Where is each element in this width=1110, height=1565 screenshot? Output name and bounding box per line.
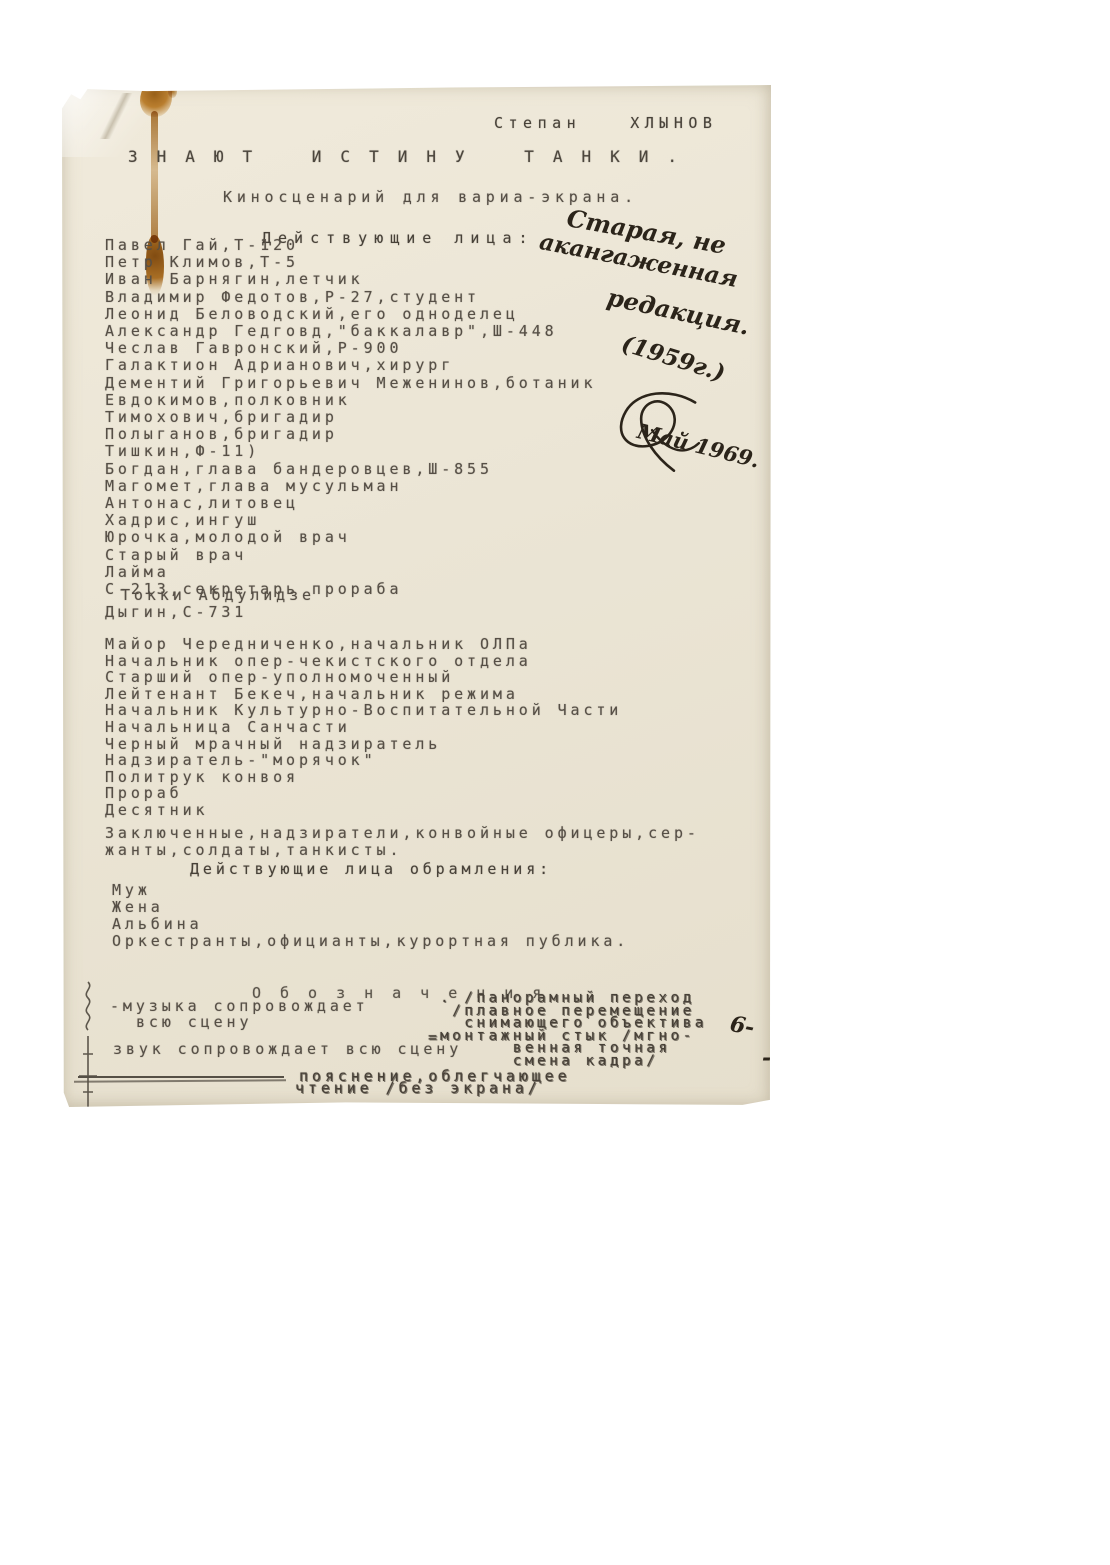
margin-tick: - [762, 1045, 771, 1071]
cast-line: Юрочка,молодой врач [105, 529, 596, 546]
cast-line: Альбина [112, 916, 629, 933]
handwritten-note-year: (1959г.) [618, 330, 728, 387]
cast-line: Чеслав Гавронский,Р-900 [105, 340, 596, 357]
cast-line: Евдокимов,полковник [105, 392, 596, 409]
cast-line: Павел Гай,Т-120 [105, 237, 596, 254]
cast-line: Старый врач [105, 547, 596, 564]
legend-right-block: . /панорамный переход /плавное перемещен… [440, 992, 707, 1068]
page-title: ЗНАЮТ ИСТИНУ ТАНКИ. [128, 148, 696, 165]
cast-line: Лейтенант Бекеч,начальник режима [105, 686, 622, 703]
legend-line: смена кадра/ [440, 1055, 707, 1068]
margin-symbols-icon [74, 978, 102, 1160]
cast-line: Начальница Санчасти [105, 719, 622, 736]
cast-line: Александр Гедговд,"баккалавр",Ш-448 [105, 323, 596, 340]
frame-cast-header: Действующие лица обрамления: [190, 861, 552, 878]
cast-line: Полыганов,бригадир [105, 426, 596, 443]
cast-line: Леонид Беловодский,его одноделец [105, 306, 596, 323]
cast-list-main: Павел Гай,Т-120Петр Климов,Т-5Иван Барня… [105, 237, 596, 622]
legend-footer-dash [78, 1076, 284, 1078]
cast-list-staff: Майор Чередниченко,начальник ОЛПаНачальн… [105, 636, 622, 819]
cast-line: Галактион Адрианович,хирург [105, 357, 596, 374]
cast-line: Антонас,литовец [105, 495, 596, 512]
cast-line: Десятник [105, 802, 622, 819]
cast-line: Муж [112, 882, 629, 899]
cast-line: Хадрис,ингуш [105, 512, 596, 529]
margin-note: 6- [728, 1011, 757, 1041]
crowd-line-1: Заключенные,надзиратели,конвойные офицер… [105, 825, 700, 842]
cast-line: Тишкин,Ф-11) [105, 443, 596, 460]
cast-line: Дементий Григорьевич Меженинов,ботаник [105, 375, 596, 392]
cast-line: Тимохович,бригадир [105, 409, 596, 426]
legend-sound-line: звук сопровождает всю сцену [113, 1041, 462, 1058]
author-line: Степан ХЛЫНОВ [494, 115, 717, 132]
cast-line: Владимир Федотов,Р-27,студент [105, 289, 596, 306]
cast-line: Старший опер-уполномоченный [105, 669, 622, 686]
cast-line: Черный мрачный надзиратель [105, 736, 622, 753]
cast-line: Политрук конвоя [105, 769, 622, 786]
cast-line: Богдан,глава бандеровцев,Ш-855 [105, 461, 596, 478]
cast-line: Жена [112, 899, 629, 916]
cast-line: Магомет,глава мусульман [105, 478, 596, 495]
cast-line: Дыгин,С-731 [105, 604, 596, 621]
cast-line: Майор Чередниченко,начальник ОЛПа [105, 636, 622, 653]
legend-equals-symbol: = [428, 1029, 441, 1046]
document-page: Степан ХЛЫНОВ ЗНАЮТ ИСТИНУ ТАНКИ. Киносц… [62, 85, 771, 1108]
cast-line: Петр Климов,Т-5 [105, 254, 596, 271]
legend-music-line2: всю сцену [136, 1014, 252, 1031]
cast-line: Оркестранты,официанты,курортная публика. [112, 933, 629, 950]
legend-footer-line2: чтение /без экрана/ [295, 1080, 541, 1097]
scan-canvas: { "doc": { "author": "Степан ХЛЫНОВ", "t… [0, 0, 1110, 1565]
crowd-line-2: жанты,солдаты,танкисты. [105, 842, 402, 859]
cast-list-frame: МужЖенаАльбинаОркестранты,официанты,куро… [112, 882, 629, 950]
cast-line: Начальник Культурно-Воспитательной Части [105, 702, 622, 719]
cast-line: Лайма [105, 564, 596, 581]
cast-line: Иван Барнягин,летчик [105, 271, 596, 288]
cast-line: Начальник опер-чекистского отдела [105, 653, 622, 670]
cast-line: Надзиратель-"морячок" [105, 752, 622, 769]
cast-line: Прораб [105, 785, 622, 802]
